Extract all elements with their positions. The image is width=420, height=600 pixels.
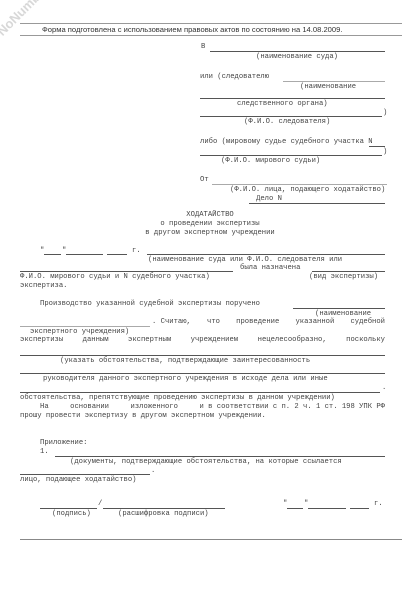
judge-fio-caption: (Ф.И.О. мирового судьи): [221, 157, 320, 166]
footer-rule: [20, 539, 402, 540]
word: проведение: [236, 318, 279, 327]
title-line-1: ХОДАТАЙСТВО: [100, 211, 320, 220]
date-day-field[interactable]: [44, 254, 61, 255]
word: учреждением: [191, 336, 238, 345]
sign-date-day-field[interactable]: [287, 508, 303, 509]
sign-date-year-field[interactable]: [350, 508, 369, 509]
title-line-2: о проведении экспертизы: [100, 220, 320, 229]
attachment-number: 1.: [40, 448, 49, 457]
word: На: [40, 403, 49, 412]
header-rule-bottom: [20, 35, 402, 36]
investigator-caption-2: следственного органа): [237, 100, 328, 109]
date-year-suffix: г.: [132, 247, 141, 256]
reason-field-2[interactable]: [20, 373, 385, 374]
judge-district-name-field[interactable]: [20, 271, 233, 272]
expert-institution-field-cont[interactable]: [20, 326, 150, 327]
from-label: От: [200, 176, 209, 185]
investigative-body-field[interactable]: [200, 98, 385, 99]
attachment-caption-1: (документы, подтверждающие обстоятельств…: [70, 458, 342, 467]
sign-date-month-field[interactable]: [308, 508, 346, 509]
word: изложенного: [131, 403, 178, 412]
investigator-fio-field[interactable]: [200, 116, 382, 117]
court-caption: (наименование суда): [256, 53, 338, 62]
judge-fio-field[interactable]: [200, 155, 382, 156]
judge-close: ): [383, 148, 387, 157]
document-title: ХОДАТАЙСТВО о проведении экспертизы в др…: [100, 211, 320, 238]
judge-label: либо (мировому судье судебного участка N: [200, 138, 373, 147]
header-rule-top: [20, 23, 402, 24]
reason-field-3[interactable]: [20, 392, 380, 393]
attachment-field-cont[interactable]: [20, 474, 150, 475]
word: поскольку: [346, 336, 385, 345]
attachment-field[interactable]: [55, 456, 385, 457]
from-caption: (Ф.И.О. лица, подающего ходатайство): [230, 186, 385, 195]
judge-district-caption: Ф.И.О. мирового судьи и N судебного учас…: [20, 273, 210, 282]
attachments-label: Приложение:: [40, 439, 87, 448]
reason-caption-2: руководителя данного экспертного учрежде…: [43, 375, 328, 384]
expertise-type-field[interactable]: [312, 271, 385, 272]
sign-date-year-suffix: г.: [374, 500, 383, 509]
assigned-to-text: Производство указанной судебной эксперти…: [40, 300, 260, 309]
header-note: Форма подготовлена с использованием прав…: [42, 25, 342, 34]
word: судебной: [350, 318, 385, 327]
investigator-field[interactable]: [283, 81, 385, 82]
request-text-line1: На основании изложенного и в соответстви…: [40, 403, 385, 412]
signature-decoding-caption: (расшифровка подписи): [118, 510, 209, 519]
consider-text: . Считаю, что проведение указанной судеб…: [152, 318, 385, 327]
court-or-investigator-field[interactable]: [147, 254, 385, 255]
investigator-caption-1: (наименование: [300, 83, 356, 92]
attachment-dot: .: [151, 467, 155, 476]
word: основании: [70, 403, 109, 412]
signature-decoding-field[interactable]: [103, 508, 225, 509]
signature-caption: (подпись): [52, 510, 91, 519]
reason-field-1[interactable]: [20, 355, 385, 356]
request-text-line2: прошу провести экспертизу в другом экспе…: [20, 412, 266, 421]
attachment-caption-2: лицо, подающее ходатайство): [20, 476, 136, 485]
expertise-type-caption: (вид экспертизы): [309, 273, 378, 282]
word: что: [207, 318, 220, 327]
title-line-3: в другом экспертном учреждении: [100, 229, 320, 238]
date-month-field[interactable]: [66, 254, 103, 255]
inadvisable-text: экспертизы данным экспертным учреждением…: [20, 336, 385, 345]
v-label: В: [201, 43, 205, 52]
investigator-label: или (следователю: [200, 73, 269, 82]
word: и в соответствии с п. 2 ч. 1 ст. 198 УПК…: [200, 403, 385, 412]
court-name-field[interactable]: [210, 51, 385, 52]
word: экспертизы: [20, 336, 63, 345]
word: нецелесообразно,: [258, 336, 327, 345]
expert-institution-field[interactable]: [293, 308, 385, 309]
word: данным: [83, 336, 109, 345]
word: . Считаю,: [152, 318, 191, 327]
case-number-field[interactable]: [249, 203, 385, 204]
reason-end-dot: .: [382, 384, 386, 393]
signature-field[interactable]: [40, 508, 97, 509]
from-field[interactable]: [212, 184, 387, 185]
expertise-word: экспертиза.: [20, 282, 67, 291]
signature-slash: /: [98, 500, 102, 509]
word: экспертным: [128, 336, 171, 345]
reason-caption-3: обстоятельства, препятствующие проведени…: [20, 394, 335, 403]
investigator-fio-caption: (Ф.И.О. следователя): [244, 118, 330, 127]
reason-caption-1: (указать обстоятельства, подтверждающие …: [60, 357, 310, 366]
word: указанной: [295, 318, 334, 327]
assigned-label: была назначена: [240, 264, 300, 273]
date-year-field[interactable]: [107, 254, 127, 255]
judge-district-field[interactable]: [369, 146, 385, 147]
investigator-close: ): [383, 109, 387, 118]
